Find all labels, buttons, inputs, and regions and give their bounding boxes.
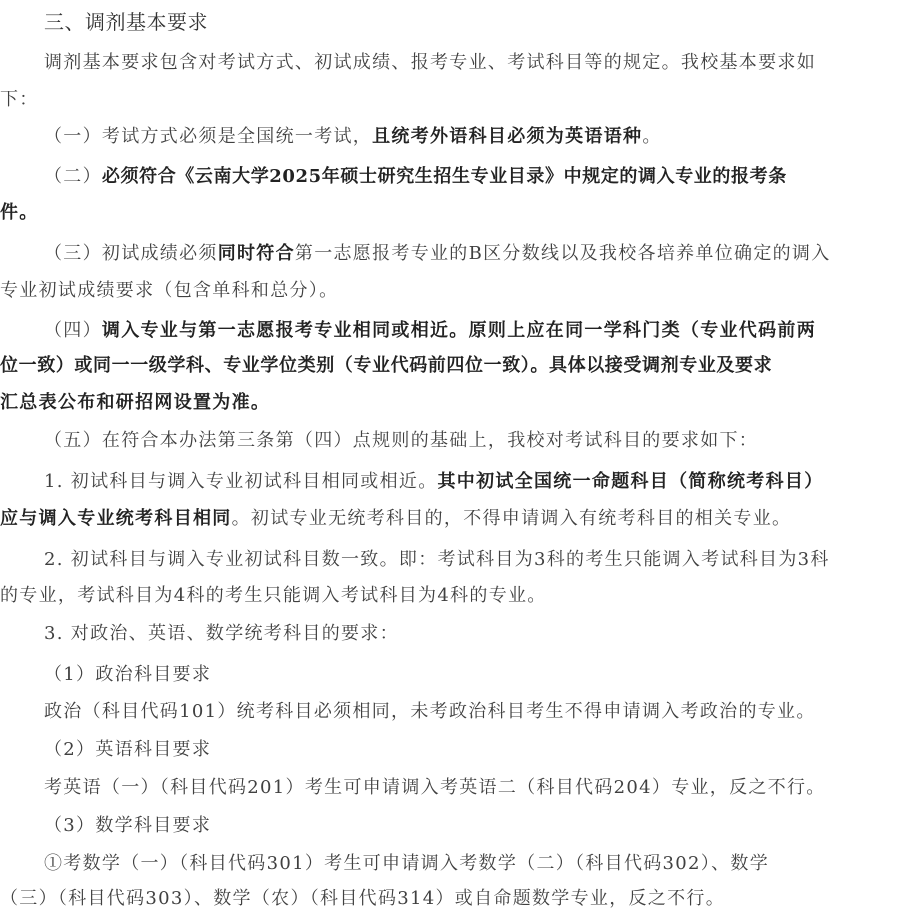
intro-line-1: 调剂基本要求包含对考试方式、初试成绩、报考专业、考试科目等的规定。我校基本要求如 [44,51,898,75]
english-text: 考英语（一）（科目代码201）考生可申请调入考英语二（科目代码204）专业，反之… [44,776,898,800]
item-one: （一）考试方式必须是全国统一考试，且统考外语科目必须为英语语种。 [44,125,898,149]
english-title: （2）英语科目要求 [44,738,898,762]
rule-two-line-2: 的专业，考试科目为4科的考生只能调入考试科目为4科的专业。 [0,584,898,608]
math-title: （3）数学科目要求 [44,814,898,838]
rule-one-prefix: 1. 初试科目与调入专业初试科目相同或相近。 [44,471,438,492]
item-three-line-1: （三）初试成绩必须同时符合第一志愿报考专业的B区分数线以及我校各培养单位确定的调… [44,242,898,266]
math-text-line-1: ①考数学（一）（科目代码301）考生可申请调入考数学（二）（科目代码302）、数… [44,852,898,876]
item-four-bold-1: 调入专业与第一志愿报考专业相同或相近。原则上应在同一学科门类（专业代码前两 [102,320,816,341]
item-five: （五）在符合本办法第三条第（四）点规则的基础上，我校对考试科目的要求如下： [44,429,898,453]
politics-title: （1）政治科目要求 [44,663,898,687]
item-one-prefix: （一）考试方式必须是全国统一考试， [44,126,372,147]
item-two-prefix: （二） [44,166,102,187]
item-four-line-3: 汇总表公布和研招网设置为准。 [0,391,898,415]
rule-one-bold-1: 其中初试全国统一命题科目（简称统考科目） [438,471,824,492]
item-three-suffix: 第一志愿报考专业的B区分数线以及我校各培养单位确定的调入 [295,243,831,264]
rule-one-bold-2: 应与调入专业统考科目相同 [0,508,232,529]
item-two-line-2: 件。 [0,201,898,225]
item-three-bold: 同时符合 [218,243,295,264]
item-four-prefix: （四） [44,320,102,341]
rule-one-suffix: 。初试专业无统考科目的，不得申请调入有统考科目的相关专业。 [232,508,792,529]
rule-two-line-1: 2. 初试科目与调入专业初试科目数一致。即：考试科目为3科的考生只能调入考试科目… [44,548,898,572]
item-four-line-2: 位一致）或同一一级学科、专业学位类别（专业代码前四位一致）。具体以接受调剂专业及… [0,354,898,378]
item-three-prefix: （三）初试成绩必须 [44,243,218,264]
item-three-line-2: 专业初试成绩要求（包含单科和总分）。 [0,279,898,303]
item-two-bold-2: 件。 [0,202,39,223]
item-four-bold-3: 汇总表公布和研招网设置为准。 [0,392,270,413]
section-heading: 三、调剂基本要求 [44,10,898,34]
politics-text: 政治（科目代码101）统考科目必须相同，未考政治科目考生不得申请调入考政治的专业… [44,700,898,724]
item-one-suffix: 。 [642,126,661,147]
item-four-line-1: （四）调入专业与第一志愿报考专业相同或相近。原则上应在同一学科门类（专业代码前两 [44,319,898,343]
rule-one-line-1: 1. 初试科目与调入专业初试科目相同或相近。其中初试全国统一命题科目（简称统考科… [44,470,898,494]
rule-three-title: 3. 对政治、英语、数学统考科目的要求： [44,622,898,646]
math-text-line-2: （三）（科目代码303）、数学（农）（科目代码314）或自命题数学专业，反之不行… [0,887,898,911]
item-two-line-1: （二）必须符合《云南大学2025年硕士研究生招生专业目录》中规定的调入专业的报考… [44,165,898,189]
item-two-bold-1: 必须符合《云南大学2025年硕士研究生招生专业目录》中规定的调入专业的报考条 [102,166,787,187]
item-four-bold-2: 位一致）或同一一级学科、专业学位类别（专业代码前四位一致）。具体以接受调剂专业及… [0,355,772,376]
item-one-bold: 且统考外语科目必须为英语语种 [372,126,642,147]
rule-one-line-2: 应与调入专业统考科目相同。初试专业无统考科目的，不得申请调入有统考科目的相关专业… [0,507,898,531]
document-page: 三、调剂基本要求 调剂基本要求包含对考试方式、初试成绩、报考专业、考试科目等的规… [0,0,898,921]
intro-line-2: 下： [0,88,898,112]
